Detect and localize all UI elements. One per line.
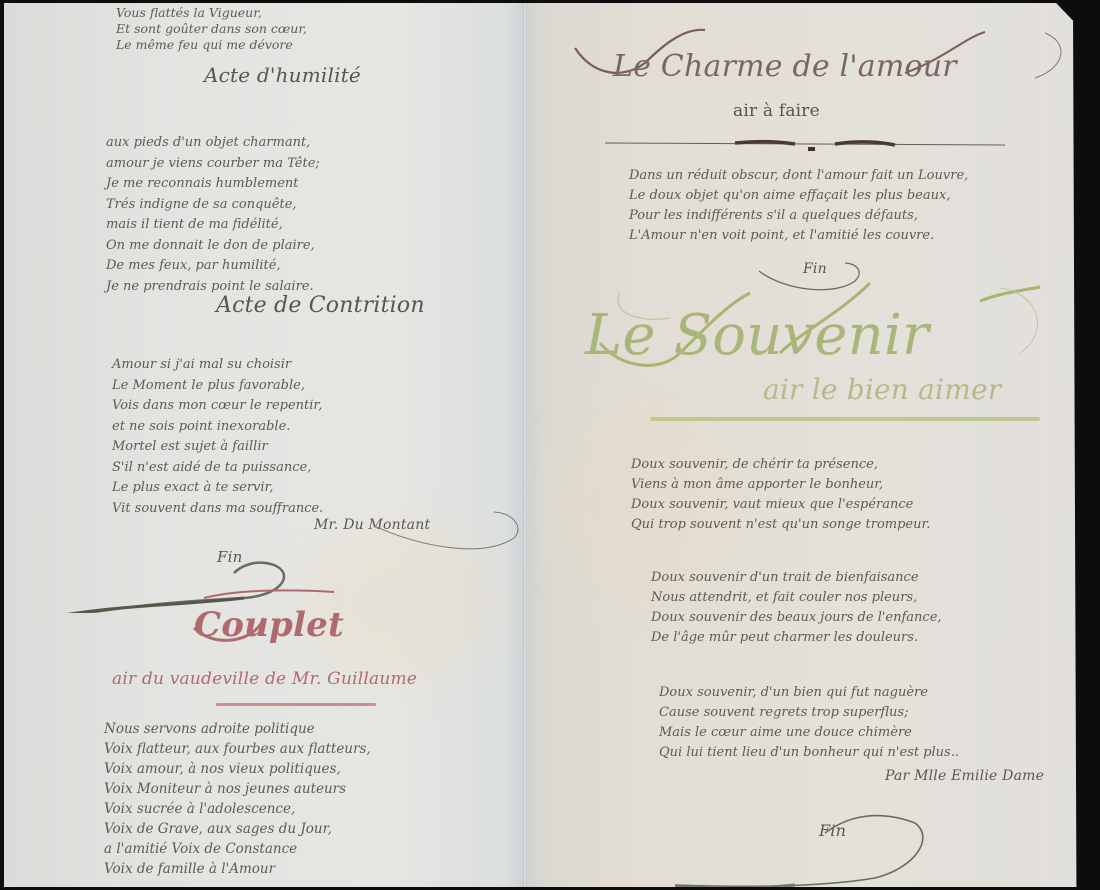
fin-flourish [675,803,935,887]
verse-line: Nous servons adroite politique [104,719,371,739]
verse-line: L'Amour n'en voit point, et l'amitié les… [629,226,968,246]
verse-line: Voix de Grave, aux sages du Jour, [104,819,371,839]
section-title-humilite: Acte d'humilité [204,63,361,87]
manuscript-spread: Vous flattés la Vigueur, Et sont goûter … [4,3,1090,887]
verse-line: On me donnait le don de plaire, [106,236,320,257]
verse-line: Je me reconnais humblement [106,174,320,195]
signature-flourish [364,508,524,568]
verse-line: Voix de famille à l'Amour [104,859,371,879]
verse-line: Vit souvent dans ma souffrance. [112,499,323,520]
verse-charme: Dans un réduit obscur, dont l'amour fait… [629,166,968,246]
verse-line: De mes feux, par humilité, [106,256,320,277]
verse-line: Le plus exact à te servir, [112,478,323,499]
verse-couplet: Nous servons adroite politique Voix flat… [104,719,371,879]
verse-line: De l'âge mûr peut charmer les douleurs. [651,628,942,648]
verse-line: Voix amour, à nos vieux politiques, [104,759,371,779]
section-title-contrition: Acte de Contrition [216,293,425,318]
verse-line: mais il tient de ma fidélité, [106,215,320,236]
verse-line: Dans un réduit obscur, dont l'amour fait… [629,166,968,186]
souvenir-underline [650,417,1040,421]
section-subtitle-souvenir: air le bien aimer [763,373,1001,406]
left-page: Vous flattés la Vigueur, Et sont goûter … [4,3,525,887]
section-title-souvenir: Le Souvenir [585,303,929,368]
verse-line: Et sont goûter dans son cœur, [116,21,307,37]
verse-line: Mortel est sujet à faillir [112,437,323,458]
verse-line: amour je viens courber ma Tête; [106,154,320,175]
verse-line: Qui trop souvent n'est qu'un songe tromp… [631,515,930,535]
section-subtitle-charme: air à faire [733,101,820,121]
verse-line: Le doux objet qu'on aime effaçait les pl… [629,186,968,206]
couplet-underline [216,703,376,706]
verse-line: Amour si j'ai mal su choisir [112,355,323,376]
verse-line: Pour les indifférents s'il a quelques dé… [629,206,968,226]
charme-divider [605,139,1005,153]
verse-humilite: aux pieds d'un objet charmant, amour je … [106,133,320,297]
verse-line: Doux souvenir d'un trait de bienfaisance [651,568,942,588]
verse-line: Doux souvenir, vaut mieux que l'espéranc… [631,495,930,515]
verse-line: Vous flattés la Vigueur, [116,5,307,21]
section-subtitle-couplet: air du vaudeville de Mr. Guillaume [112,669,417,689]
verse-line: Vois dans mon cœur le repentir, [112,396,323,417]
verse-line: Qui lui tient lieu d'un bonheur qui n'es… [659,743,959,763]
section-title-couplet: Couplet [194,605,344,645]
verse-souvenir-stanza-3: Doux souvenir, d'un bien qui fut naguère… [659,683,959,763]
verse-line: Le Moment le plus favorable, [112,376,323,397]
verse-line: Nous attendrit, et fait couler nos pleur… [651,588,942,608]
verse-line: Cause souvent regrets trop superflus; [659,703,959,723]
verse-line: Doux souvenir, de chérir ta présence, [631,455,930,475]
verse-line: Voix Moniteur à nos jeunes auteurs [104,779,371,799]
verse-line: a l'amitié Voix de Constance [104,839,371,859]
verse-line: Voix sucrée à l'adolescence, [104,799,371,819]
verse-line: S'il n'est aidé de ta puissance, [112,458,323,479]
verse-contrition: Amour si j'ai mal su choisir Le Moment l… [112,355,323,519]
signature-souvenir: Par Mlle Emilie Dame [885,768,1044,784]
section-title-charme: Le Charme de l'amour [613,49,957,84]
right-page: Le Charme de l'amour air à faire Dans un… [525,3,1090,887]
verse-line: aux pieds d'un objet charmant, [106,133,320,154]
verse-line: Doux souvenir des beaux jours de l'enfan… [651,608,942,628]
verse-line: Doux souvenir, d'un bien qui fut naguère [659,683,959,703]
verse-line: Trés indigne de sa conquête, [106,195,320,216]
verse-line: Viens à mon âme apporter le bonheur, [631,475,930,495]
verse-souvenir-stanza-1: Doux souvenir, de chérir ta présence, Vi… [631,455,930,535]
verse-souvenir-stanza-2: Doux souvenir d'un trait de bienfaisance… [651,568,942,648]
verse-line: Voix flatteur, aux fourbes aux flatteurs… [104,739,371,759]
verse-line: Le même feu qui me dévore [116,37,307,53]
verse-line: Mais le cœur aime une douce chimère [659,723,959,743]
verse-line: et ne sois point inexorable. [112,417,323,438]
opening-lines: Vous flattés la Vigueur, Et sont goûter … [116,5,307,53]
